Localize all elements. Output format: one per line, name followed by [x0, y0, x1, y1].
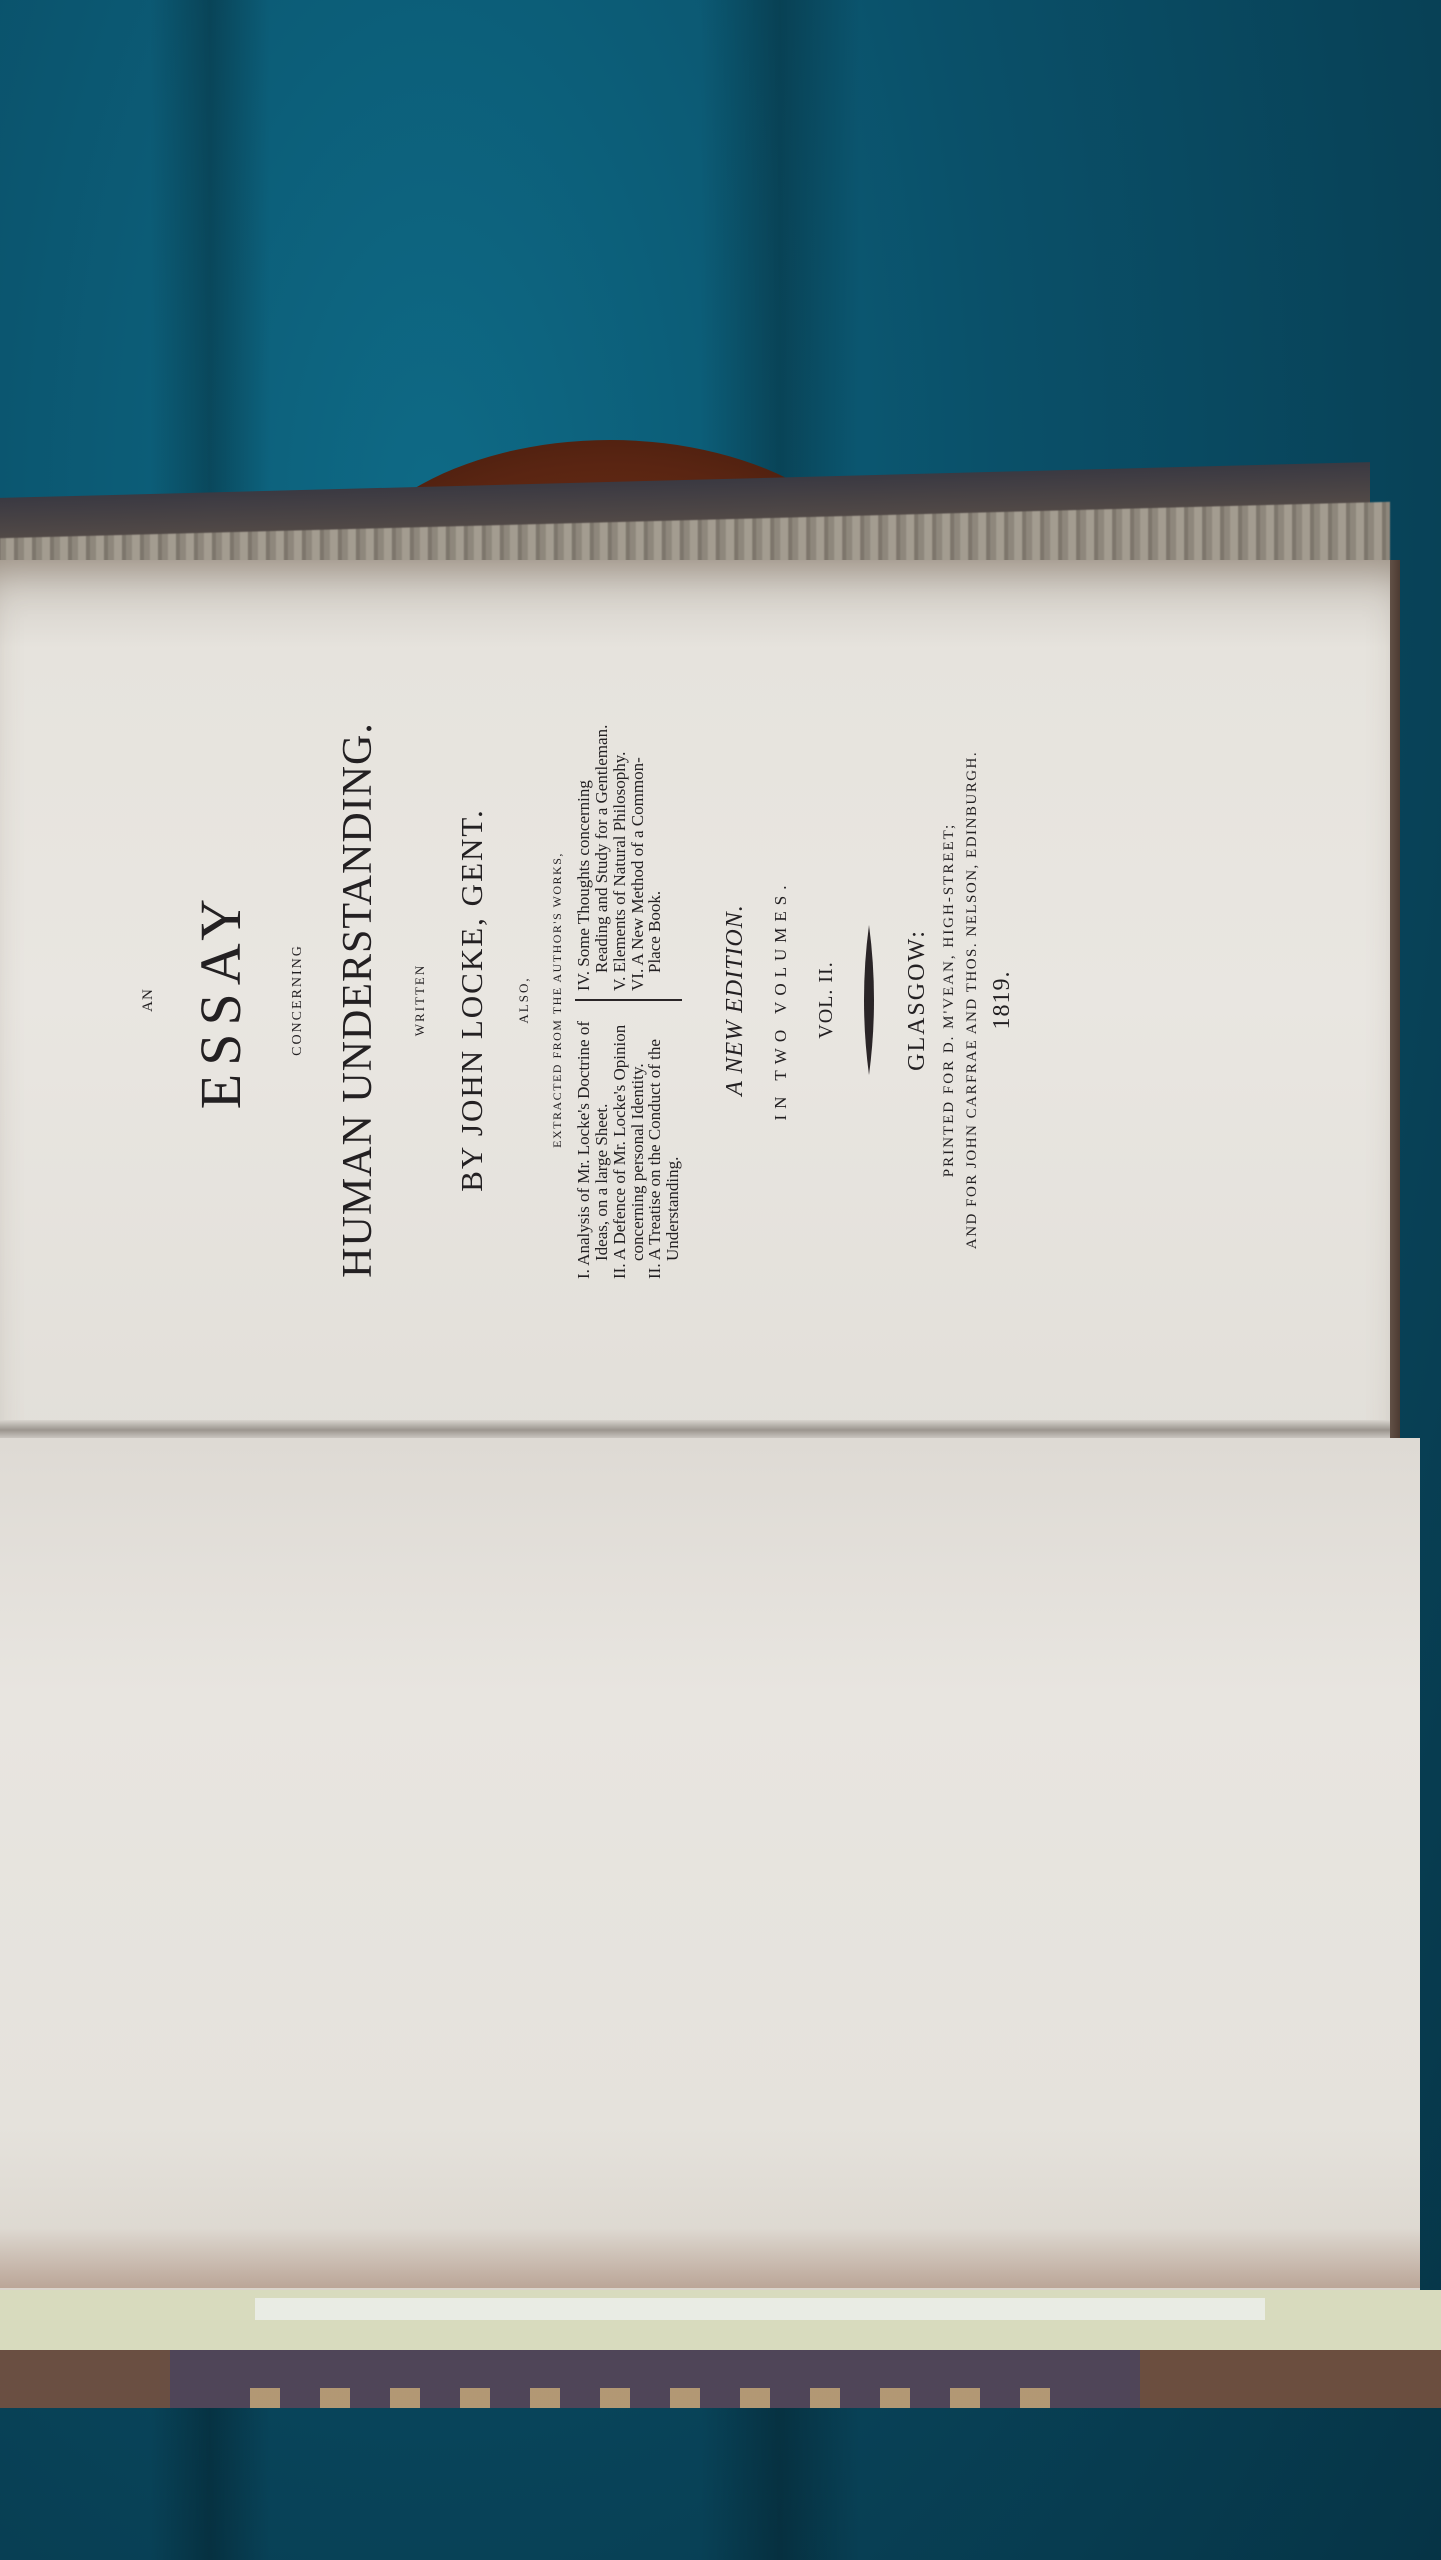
- work-item: II. A Treatise on the Conduct of the Und…: [646, 1009, 682, 1279]
- endpaper: [0, 2290, 1441, 2352]
- page-stain: [0, 2228, 1420, 2288]
- tape-strip: [255, 2298, 1265, 2320]
- title-main: ESSAY: [187, 380, 254, 1620]
- imprint-city: GLASGOW:: [904, 380, 931, 1620]
- work-item: VI. A New Method of a Common-Place Book.: [629, 721, 665, 991]
- author-line: BY JOHN LOCKE, GENT.: [454, 380, 490, 1620]
- binding-wear: [250, 2388, 1050, 2408]
- work-item: I. Analysis of Mr. Locke's Doctrine of I…: [575, 1009, 611, 1279]
- edition-label: A NEW EDITION.: [722, 380, 749, 1620]
- imprint-printer: PRINTED FOR D. M'VEAN, HIGH-STREET;: [941, 380, 958, 1620]
- written-label: WRITTEN: [412, 380, 428, 1620]
- book-binding: [0, 2350, 1441, 2408]
- imprint-year: 1819.: [989, 380, 1016, 1620]
- title-concerning: CONCERNING: [290, 380, 306, 1620]
- work-item: II. A Defence of Mr. Locke's Opinion con…: [611, 1009, 647, 1279]
- imprint-sellers: AND FOR JOHN CARFRAE AND THOS. NELSON, E…: [964, 380, 981, 1620]
- volume-number: VOL. II.: [815, 380, 838, 1620]
- title-article: AN: [140, 380, 157, 1620]
- works-list: I. Analysis of Mr. Locke's Doctrine of I…: [575, 380, 682, 1620]
- extracted-label: EXTRACTED FROM THE AUTHOR'S WORKS,: [550, 380, 565, 1620]
- rule-ornament-icon: [862, 925, 876, 1075]
- works-column-left: I. Analysis of Mr. Locke's Doctrine of I…: [575, 999, 682, 1287]
- works-column-right: IV. Some Thoughts concerning Reading and…: [575, 713, 682, 999]
- work-item: IV. Some Thoughts concerning Reading and…: [575, 721, 611, 991]
- work-item: V. Elements of Natural Philosophy.: [611, 721, 629, 991]
- title-page-text: AN ESSAY CONCERNING HUMAN UNDERSTANDING.…: [120, 380, 1320, 1620]
- title-subject: HUMAN UNDERSTANDING.: [334, 380, 382, 1620]
- also-label: ALSO,: [516, 380, 532, 1620]
- volumes-label: IN TWO VOLUMES.: [771, 380, 791, 1620]
